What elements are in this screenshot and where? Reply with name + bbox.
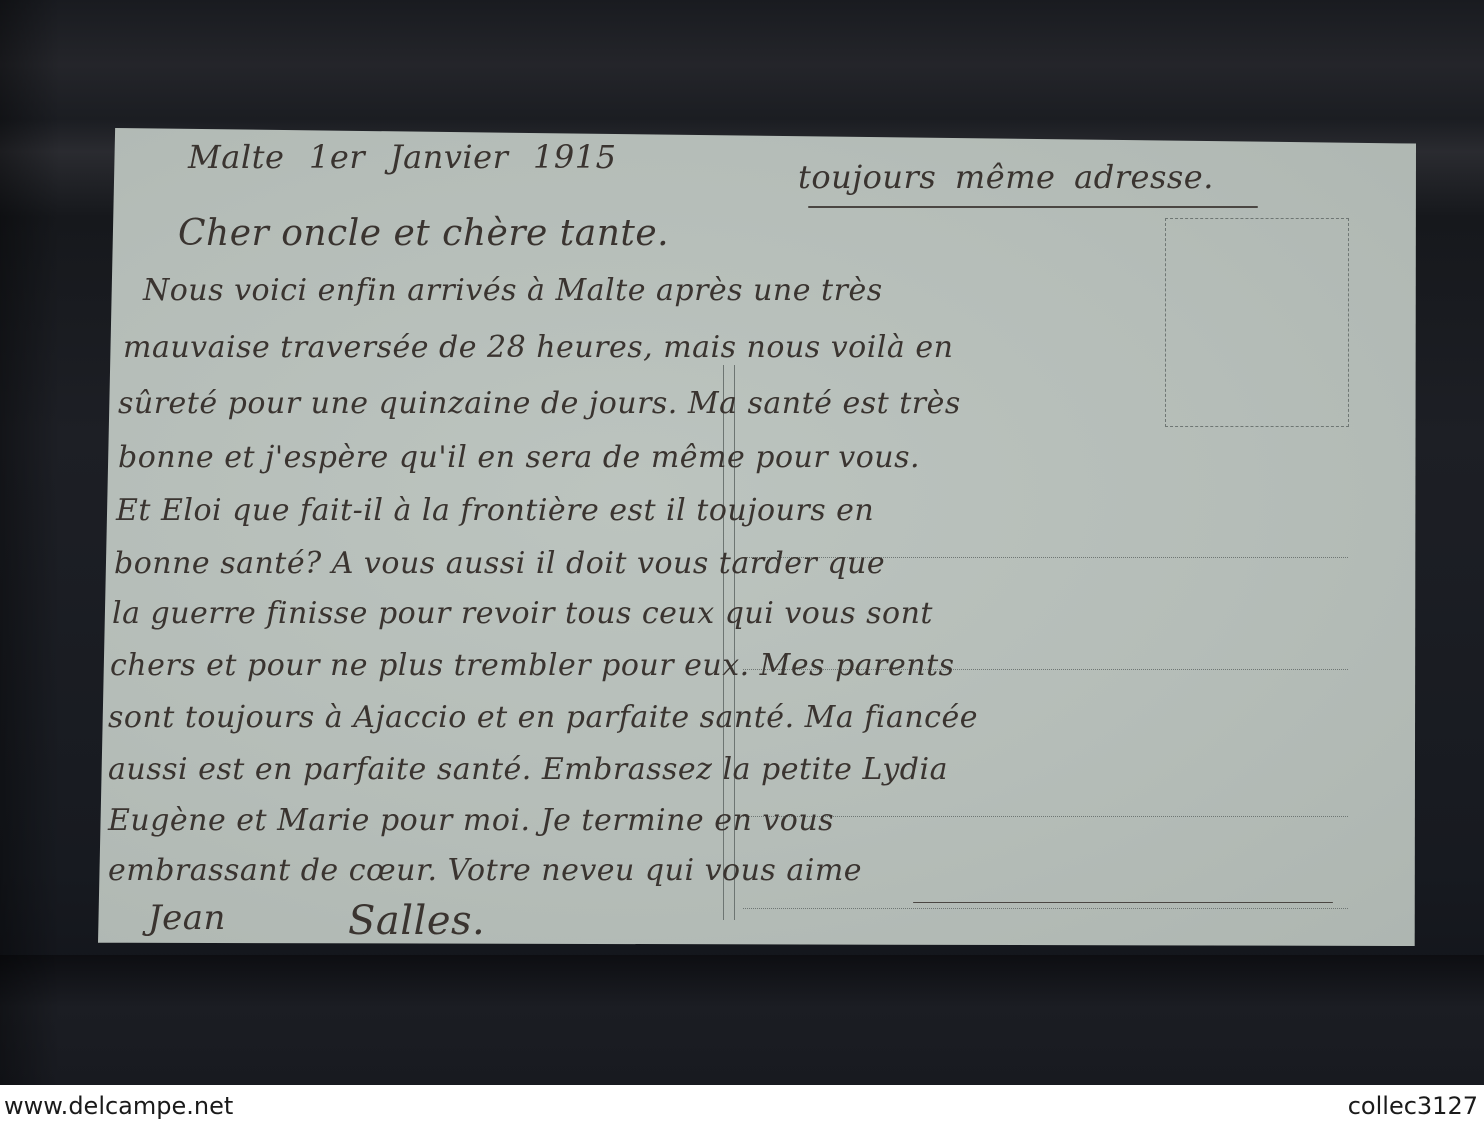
- photo-background: Malte 1er Janvier 1915 toujours même adr…: [0, 0, 1484, 1085]
- header-place-date: Malte 1er Janvier 1915: [188, 138, 616, 176]
- stamp-box: [1165, 218, 1349, 427]
- letter-line-5: Et Eloi que fait-il à la frontière est i…: [116, 493, 874, 528]
- signature-last-name: Salles.: [348, 898, 485, 944]
- closing-underline: [913, 902, 1333, 903]
- salutation: Cher oncle et chère tante.: [178, 213, 669, 254]
- letter-line-11: Eugène et Marie pour moi. Je termine en …: [108, 803, 834, 838]
- watermark-seller: collec3127: [1348, 1092, 1478, 1120]
- letter-line-4: bonne et j'espère qu'il en sera de même …: [118, 440, 920, 475]
- header-note: toujours même adresse.: [798, 158, 1214, 196]
- letter-line-3: sûreté pour une quinzaine de jours. Ma s…: [118, 386, 961, 421]
- postcard: Malte 1er Janvier 1915 toujours même adr…: [98, 128, 1416, 946]
- watermark-site: www.delcampe.net: [4, 1092, 233, 1120]
- signature-first-name: Jean: [148, 898, 226, 938]
- letter-line-1: Nous voici enfin arrivés à Malte après u…: [143, 273, 883, 308]
- letter-line-12: embrassant de cœur. Votre neveu qui vous…: [108, 853, 862, 888]
- letter-line-10: aussi est en parfaite santé. Embrassez l…: [108, 752, 948, 787]
- letter-line-2: mauvaise traversée de 28 heures, mais no…: [123, 330, 953, 365]
- letter-line-9: sont toujours à Ajaccio et en parfaite s…: [108, 700, 978, 735]
- letter-line-7: la guerre finisse pour revoir tous ceux …: [112, 596, 933, 631]
- header-underline: [808, 206, 1258, 208]
- letter-line-6: bonne santé? A vous aussi il doit vous t…: [114, 546, 885, 581]
- letter-line-8: chers et pour ne plus trembler pour eux.…: [110, 648, 955, 683]
- address-line-4: [743, 908, 1348, 910]
